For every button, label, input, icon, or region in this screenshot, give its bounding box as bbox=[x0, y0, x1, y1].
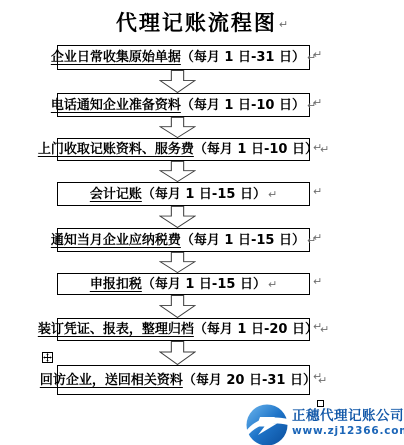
logo-website-url: www.zj12366.com bbox=[292, 425, 404, 438]
table-move-handle-icon[interactable] bbox=[42, 352, 53, 363]
logo-text: 正穗代理记账公司 www.zj12366.com bbox=[292, 404, 404, 438]
paragraph-mark-icon: ↵ bbox=[313, 232, 322, 243]
step-dates: （每月 1 日-31 日） bbox=[181, 51, 305, 64]
step-label: 电话通知企业准备资料 bbox=[51, 99, 181, 112]
document-page: 代理记账流程图↵ 企业日常收集原始单据（每月 1 日-31 日）↵ 电话通知企业… bbox=[0, 0, 404, 445]
step-label: 申报扣税 bbox=[90, 278, 142, 291]
step-label: 企业日常收集原始单据 bbox=[51, 51, 181, 64]
flow-step-bookkeeping[interactable]: 会计记账（每月 1 日-15 日）↵ bbox=[57, 182, 310, 206]
step-label: 上门收取记账资料、服务费 bbox=[38, 143, 194, 156]
paragraph-mark-icon: ↵ bbox=[313, 371, 322, 382]
company-logo: 正穗代理记账公司 www.zj12366.com bbox=[246, 404, 404, 445]
paragraph-mark-icon: ↵ bbox=[313, 142, 322, 153]
flow-step-onsite-pickup[interactable]: 上门收取记账资料、服务费（每月 1 日-10 日）↵ bbox=[57, 138, 310, 161]
step-dates: （每月 1 日-15 日） bbox=[181, 234, 305, 247]
down-arrow-icon bbox=[159, 117, 196, 138]
flow-step-file-tax[interactable]: 申报扣税（每月 1 日-15 日）↵ bbox=[57, 273, 310, 295]
paragraph-mark-icon: ↵ bbox=[313, 49, 322, 60]
step-label: 会计记账 bbox=[90, 188, 142, 201]
step-label: 回访企业，送回相关资料 bbox=[40, 374, 183, 387]
down-arrow-icon bbox=[159, 295, 196, 318]
page-title: 代理记账流程图↵ bbox=[0, 7, 404, 37]
title-text: 代理记账流程图 bbox=[116, 10, 277, 35]
flow-step-phone-notify[interactable]: 电话通知企业准备资料（每月 1 日-10 日）↵ bbox=[57, 93, 310, 117]
logo-company-name: 正穗代理记账公司 bbox=[292, 407, 404, 425]
paragraph-mark-icon: ↵ bbox=[313, 97, 322, 108]
down-arrow-icon bbox=[159, 206, 196, 228]
step-dates: （每月 1 日-15 日） bbox=[142, 188, 266, 201]
down-arrow-icon bbox=[159, 252, 196, 273]
step-dates: （每月 1 日-20 日） bbox=[194, 323, 318, 336]
step-dates: （每月 1 日-10 日） bbox=[194, 143, 318, 156]
paragraph-mark-icon: ↵ bbox=[313, 321, 322, 332]
paragraph-mark-icon: ↵ bbox=[313, 276, 322, 287]
flow-step-return-visit[interactable]: 回访企业，送回相关资料（每月 20 日-31 日）↵ bbox=[57, 365, 310, 395]
step-label: 通知当月企业应纳税费 bbox=[51, 234, 181, 247]
flow-step-notify-tax-due[interactable]: 通知当月企业应纳税费（每月 1 日-15 日）↵ bbox=[57, 228, 310, 252]
step-dates: （每月 1 日-10 日） bbox=[181, 99, 305, 112]
flow-step-bind-archive[interactable]: 装订凭证、报表，整理归档（每月 1 日-20 日）↵ bbox=[57, 318, 310, 341]
paragraph-mark-icon: ↵ bbox=[268, 189, 277, 200]
step-dates: （每月 1 日-15 日） bbox=[142, 278, 266, 291]
logo-z-icon bbox=[246, 404, 288, 445]
step-dates: （每月 20 日-31 日） bbox=[183, 374, 316, 387]
down-arrow-icon bbox=[159, 70, 196, 93]
step-label: 装订凭证、报表，整理归档 bbox=[38, 323, 194, 336]
down-arrow-icon bbox=[159, 341, 196, 365]
down-arrow-icon bbox=[159, 161, 196, 182]
paragraph-mark-icon: ↵ bbox=[279, 18, 288, 31]
paragraph-mark-icon: ↵ bbox=[268, 279, 277, 290]
flow-step-collect-receipts[interactable]: 企业日常收集原始单据（每月 1 日-31 日）↵ bbox=[57, 45, 310, 70]
paragraph-mark-icon: ↵ bbox=[313, 186, 322, 197]
